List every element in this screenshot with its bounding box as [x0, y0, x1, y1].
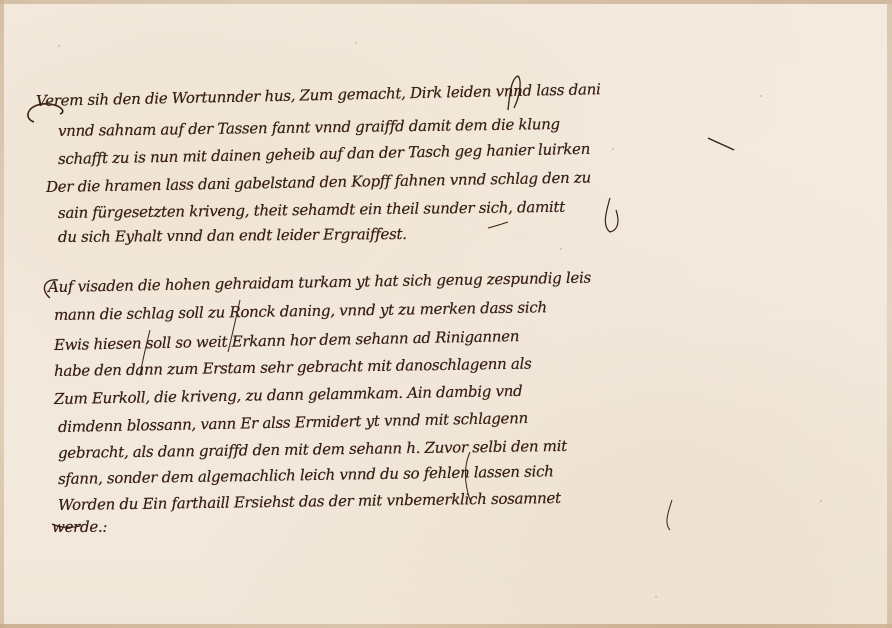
manuscript-line: schafft zu is nun mit dainen geheib auf … [58, 140, 590, 168]
manuscript-line: Verem sih den die Wortunnder hus, Zum ge… [36, 80, 601, 110]
manuscript-line: werde.: [52, 518, 107, 536]
manuscript-page: Verem sih den die Wortunnder hus, Zum ge… [0, 0, 892, 628]
manuscript-line: Zum Eurkoll, die kriveng, zu dann gelamm… [54, 382, 523, 408]
paper-speck [560, 248, 562, 250]
manuscript-line: gebracht, als dann graiffd den mit dem s… [58, 437, 567, 462]
manuscript-line: Ewis hiesen soll so weit Erkann hor dem … [54, 327, 519, 354]
manuscript-line: du sich Eyhalt vnnd dan endt leider Ergr… [58, 225, 407, 246]
manuscript-line: mann die schlag soll zu Ronck daning, vn… [54, 298, 547, 324]
manuscript-line: dimdenn blossann, vann Er alss Ermidert … [58, 409, 528, 436]
manuscript-line: sfann, sonder dem algemachlich leich vnn… [58, 462, 554, 488]
manuscript-line: Auf visaden die hohen gehraidam turkam y… [48, 269, 591, 296]
paper-speck [820, 500, 822, 502]
paper-speck [58, 45, 60, 47]
page-left-edge [0, 0, 4, 628]
paper-speck [355, 42, 357, 44]
manuscript-line: vnnd sahnam auf der Tassen fannt vnnd gr… [58, 115, 560, 140]
manuscript-line: habe den dann zum Erstam sehr gebracht m… [54, 355, 532, 380]
paper-speck [655, 596, 657, 598]
page-right-edge [887, 0, 892, 628]
paper-speck [760, 95, 762, 97]
manuscript-line: Worden du Ein farthaill Ersiehst das der… [58, 489, 561, 514]
manuscript-line: Der die hramen lass dani gabelstand den … [46, 168, 591, 196]
manuscript-line: sain fürgesetzten kriveng, theit sehamdt… [58, 198, 565, 222]
paper-speck [612, 148, 614, 150]
